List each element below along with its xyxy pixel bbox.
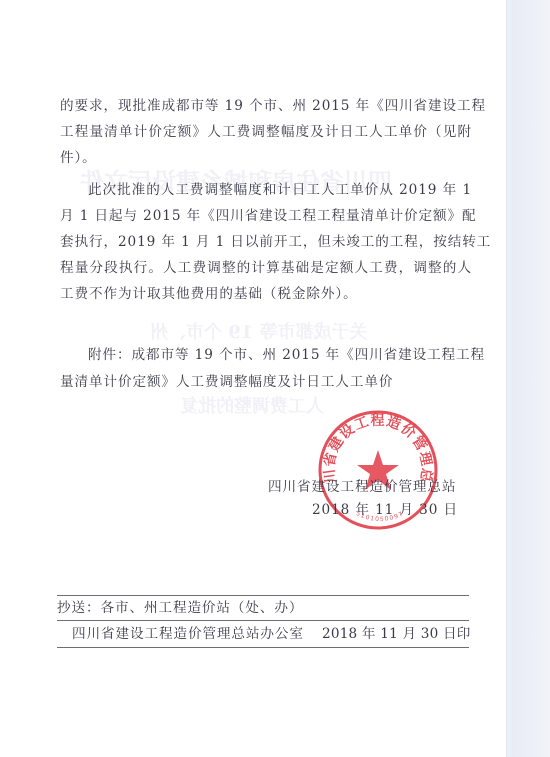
- signature-date: 2018 年 11 月 30 日: [312, 502, 472, 518]
- scan-edge-strip: [506, 0, 550, 757]
- footer-rule-bottom: [57, 647, 469, 648]
- footer-issuer: 四川省建设工程造价管理总站办公室: [72, 626, 292, 642]
- footer-cc: 抄送：各市、州工程造价站（处、办）: [57, 600, 469, 616]
- document-page: 四川省住房和城乡建设厅文件 关于成都市等 19 个市、州 人工费调整的批复 的要…: [0, 0, 506, 757]
- paragraph-2-line-5: 工费不作为计取其他费用的基础（税金除外）。: [60, 286, 472, 302]
- paragraph-1-line-2: 工程量清单计价定额》人工费调整幅度及计日工人工单价（见附: [60, 124, 472, 140]
- paragraph-2-line-3: 套执行，2019 年 1 月 1 日以前开工，但未竣工的工程，按结转工: [60, 234, 472, 250]
- paragraph-1-line-1: 的要求，现批准成都市等 19 个市、州 2015 年《四川省建设工程: [60, 98, 472, 114]
- footer-rule-middle: [57, 620, 469, 621]
- footer-print-date: 2018 年 11 月 30 日印: [322, 626, 472, 642]
- show-through-text: 关于成都市等 19 个市、州: [150, 318, 368, 344]
- stamp-arc-text: 四川省建设工程造价管理总站: [316, 408, 435, 484]
- signature-organization: 四川省建设工程造价管理总站: [268, 479, 488, 495]
- show-through-text: 人工费调整的批复: [180, 392, 324, 418]
- paragraph-1-line-3: 件）。: [60, 150, 472, 166]
- paragraph-2-line-1: 此次批准的人工费调整幅度和计日工人工单价从 2019 年 1: [88, 182, 472, 198]
- paragraph-2-line-4: 程量分段执行。人工费调整的计算基础是定额人工费，调整的人: [60, 260, 472, 276]
- svg-text:四川省建设工程造价管理总站: 四川省建设工程造价管理总站: [316, 408, 435, 484]
- attachment-line-2: 量清单计价定额》人工费调整幅度及计日工人工单价: [60, 374, 472, 390]
- attachment-line-1: 附件：成都市等 19 个市、州 2015 年《四川省建设工程工程: [88, 347, 440, 363]
- paragraph-2-line-2: 月 1 日起与 2015 年《四川省建设工程工程量清单计价定额》配: [60, 208, 472, 224]
- footer-rule-top: [57, 595, 469, 596]
